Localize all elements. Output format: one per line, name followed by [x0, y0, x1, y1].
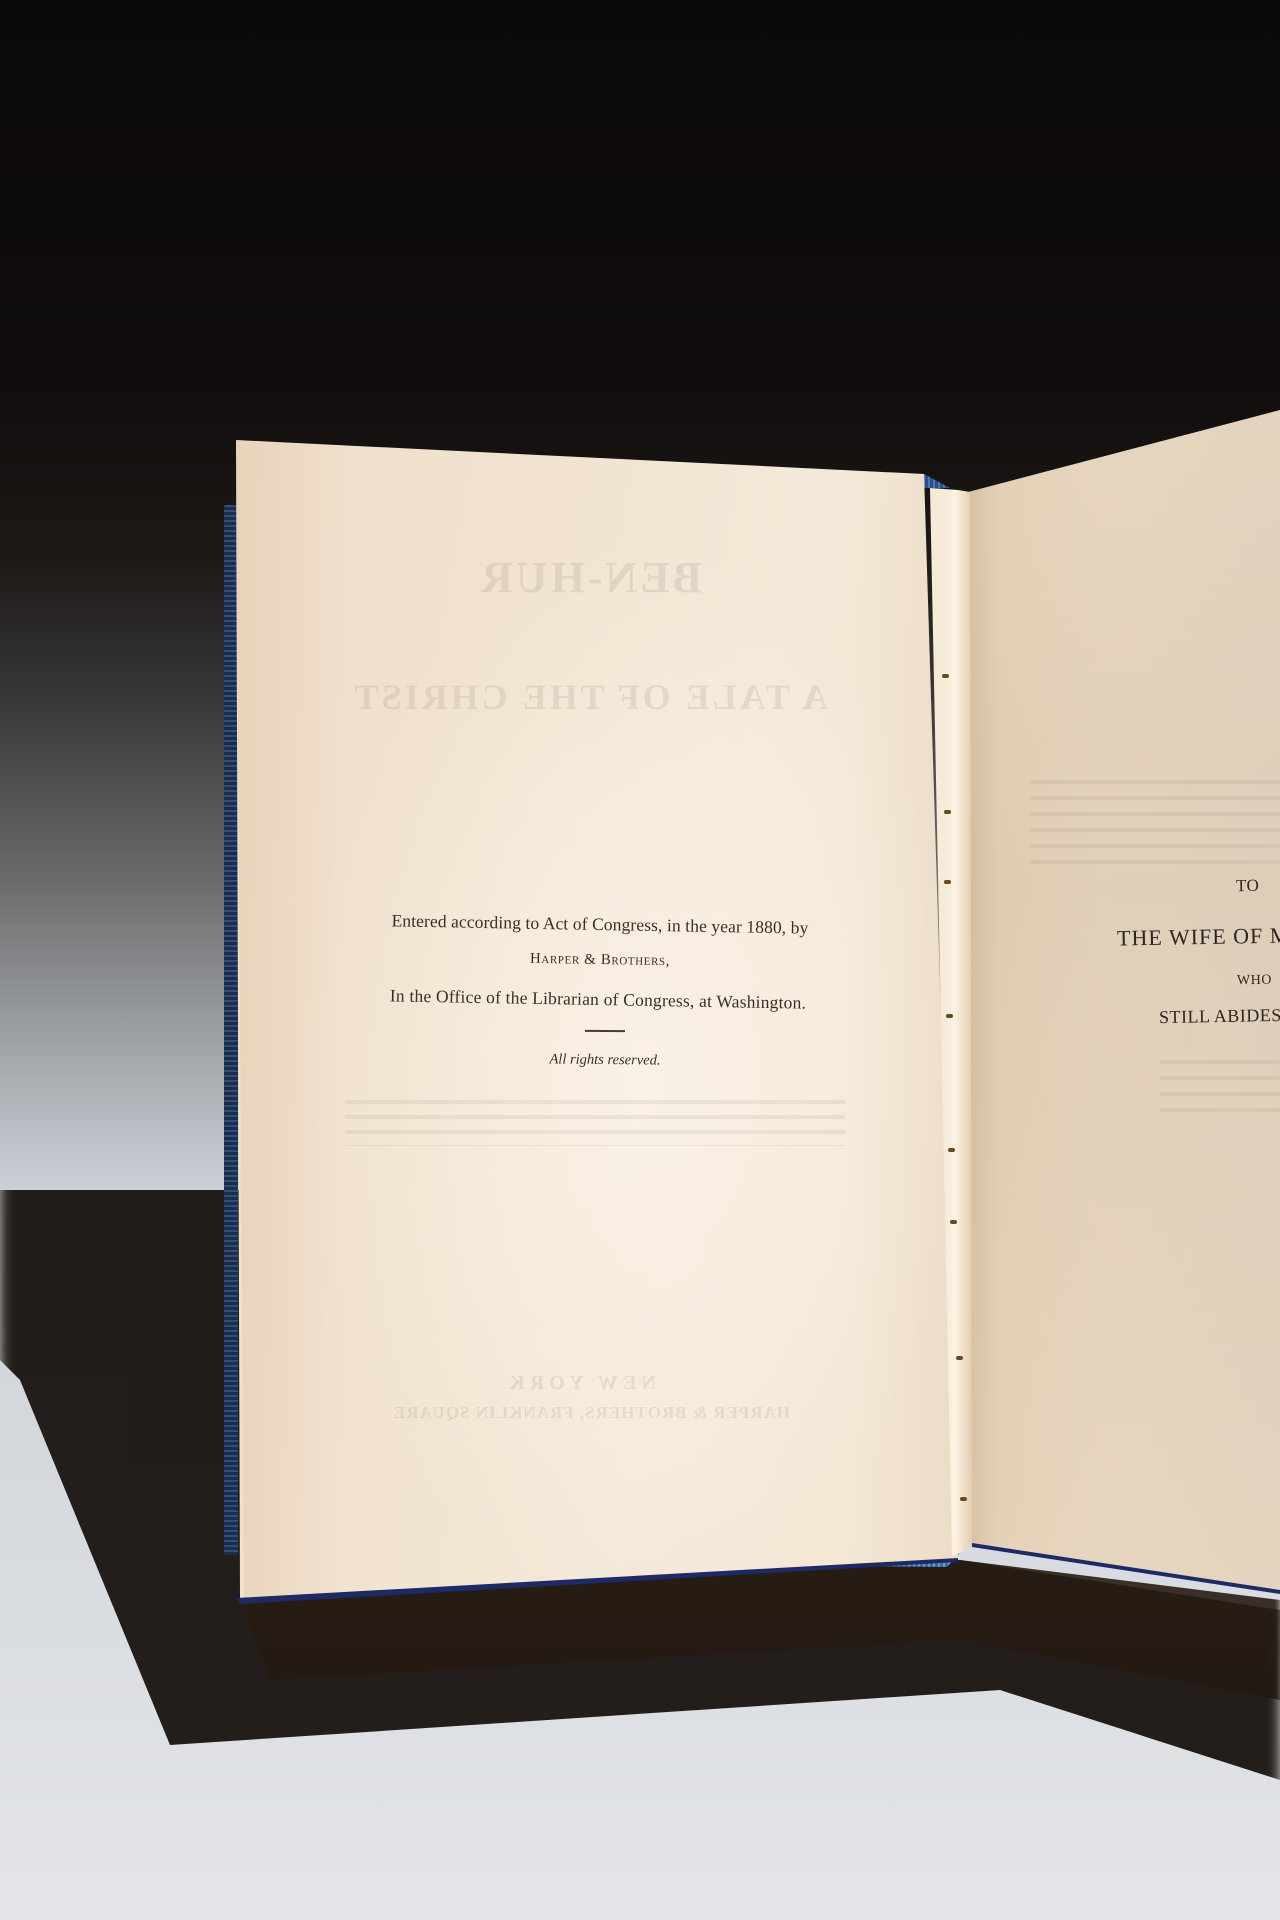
book-cover-left-edge	[224, 505, 238, 1555]
binding-stitch	[944, 880, 951, 884]
binding-stitch	[956, 1356, 963, 1360]
divider-rule	[585, 1030, 625, 1032]
right-show-through-2	[1160, 1060, 1280, 1120]
show-through-subtitle: A TALE OF THE CHRIST	[320, 676, 860, 718]
binding-stitch	[944, 810, 951, 814]
dedication-to: TO	[1236, 876, 1260, 896]
binding-stitch	[960, 1497, 967, 1501]
show-through-publisher: HARPER & BROTHERS, FRANKLIN SQUARE	[400, 1403, 790, 1423]
binding-stitch	[942, 674, 949, 678]
right-show-through	[1030, 780, 1280, 870]
dedication-wife: THE WIFE OF M	[1117, 922, 1280, 951]
show-through-city: NEW YORK	[500, 1372, 660, 1395]
left-page-lighting	[236, 440, 960, 1600]
dedication-who: WHO	[1237, 973, 1272, 990]
dedication-still-abides: STILL ABIDES	[1159, 1005, 1280, 1028]
binding-stitch	[950, 1220, 957, 1224]
show-through-title: BEN-HUR	[440, 552, 740, 603]
binding-stitch	[946, 1014, 953, 1018]
rights-reserved: All rights reserved.	[500, 1051, 710, 1070]
binding-stitch	[948, 1148, 955, 1152]
show-through-lines	[345, 1100, 845, 1146]
